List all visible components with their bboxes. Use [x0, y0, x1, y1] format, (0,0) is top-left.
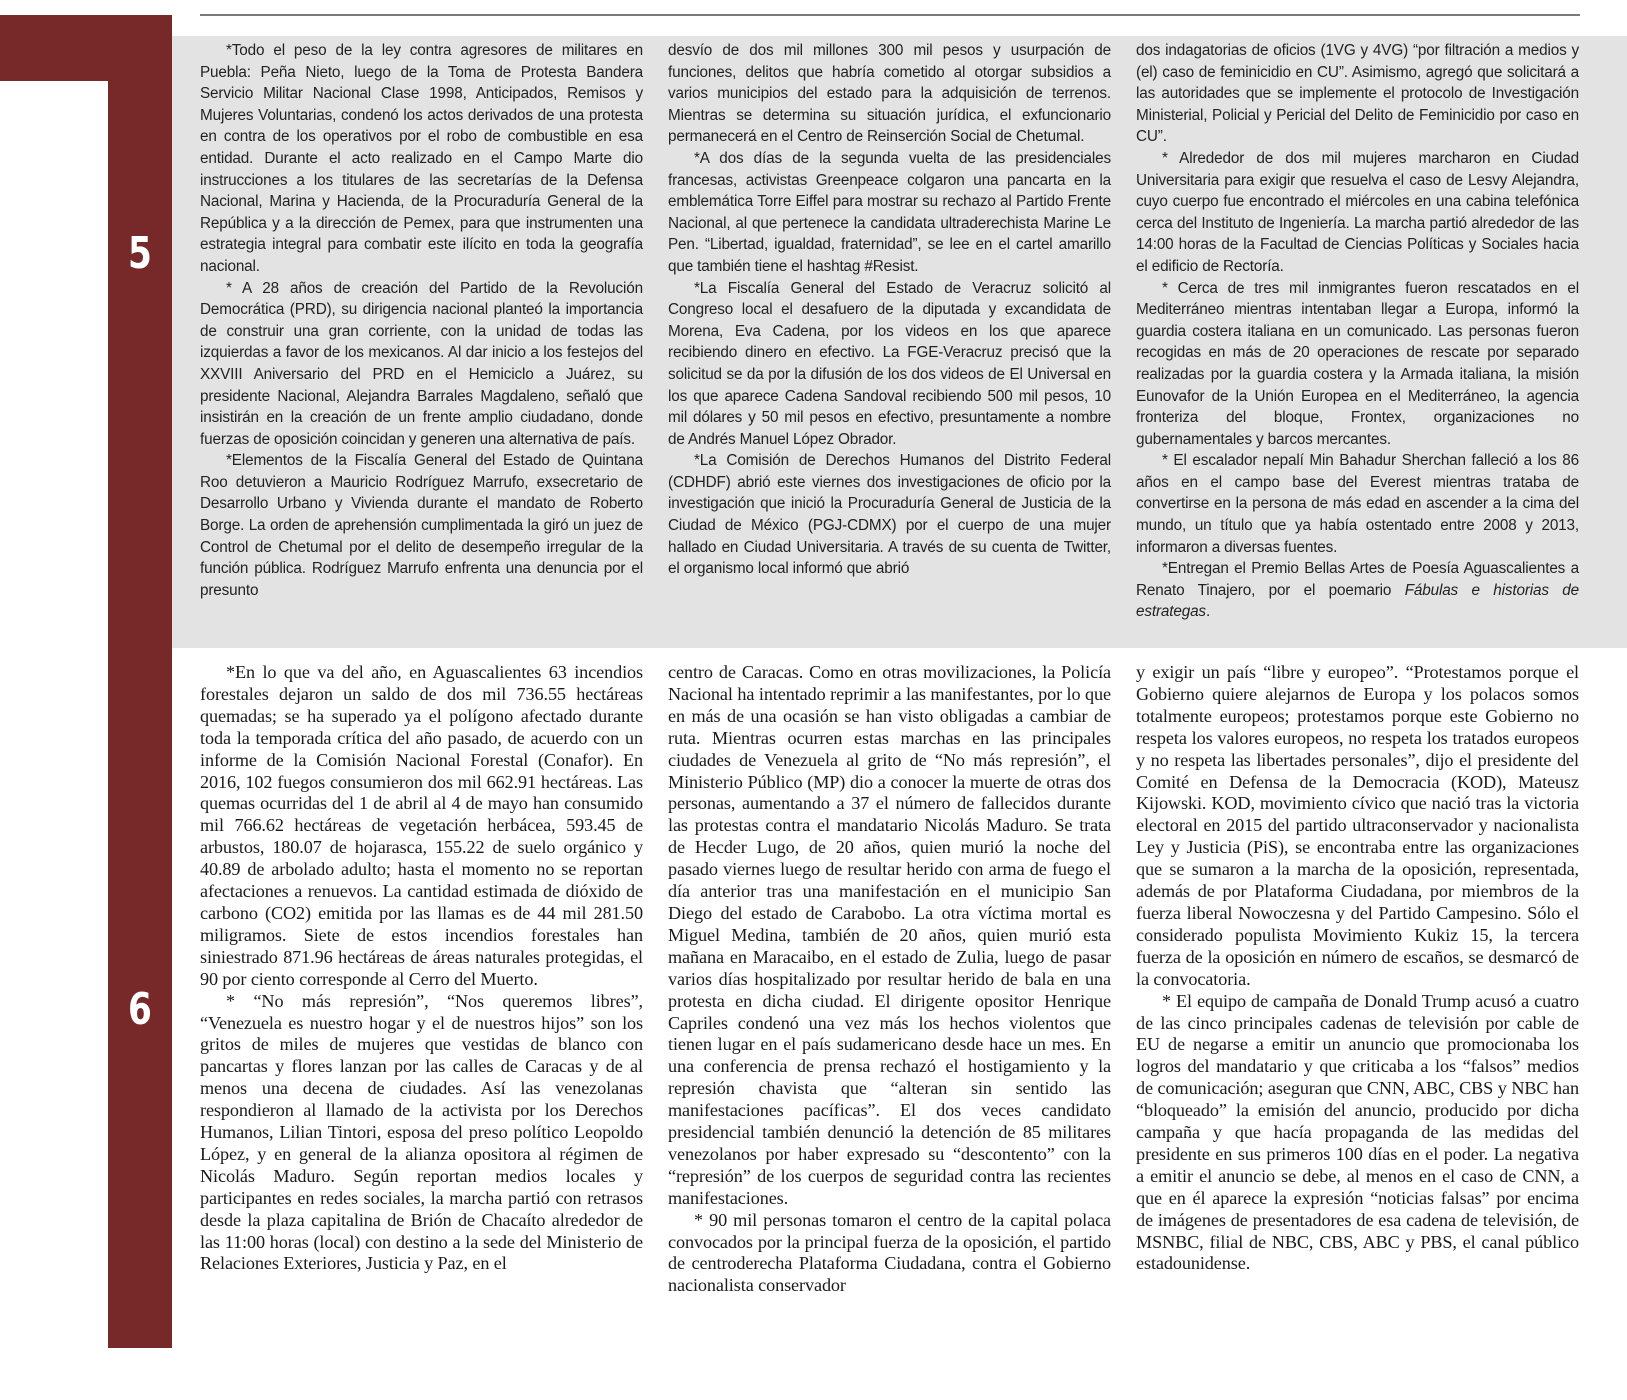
news-item: *A dos días de la segunda vuelta de las …	[668, 148, 1111, 278]
section-5-column-1: *Todo el peso de la ley contra agresores…	[200, 40, 643, 640]
section-5-columns: *Todo el peso de la ley contra agresores…	[200, 40, 1580, 640]
section-number-6: 6	[115, 988, 165, 1032]
news-item: * Alrededor de dos mil mujeres marcharon…	[1136, 148, 1579, 278]
news-item: *La Comisión de Derechos Humanos del Dis…	[668, 450, 1111, 580]
news-item-continuation: desvío de dos mil millones 300 mil pesos…	[668, 40, 1111, 148]
news-item: *Elementos de la Fiscalía General del Es…	[200, 450, 643, 601]
section-6-column-1: *En lo que va del año, en Aguascalientes…	[200, 662, 643, 1352]
news-item-continuation: dos indagatorias de oficios (1VG y 4VG) …	[1136, 40, 1579, 148]
news-item-continuation: centro de Caracas. Como en otras moviliz…	[668, 662, 1111, 1210]
news-item: * A 28 años de creación del Partido de l…	[200, 278, 643, 451]
news-item-continuation: y exigir un país “libre y europeo”. “Pro…	[1136, 662, 1579, 991]
news-item-poetry-award: *Entregan el Premio Bellas Artes de Poes…	[1136, 558, 1579, 623]
section-6-columns: *En lo que va del año, en Aguascalientes…	[200, 662, 1580, 1352]
section-number-5: 5	[115, 232, 165, 276]
section-5-column-3: dos indagatorias de oficios (1VG y 4VG) …	[1136, 40, 1579, 640]
top-rule	[200, 14, 1580, 16]
news-item: * “No más represión”, “Nos queremos libr…	[200, 991, 643, 1276]
news-item: *La Fiscalía General del Estado de Verac…	[668, 278, 1111, 451]
section-6-column-2: centro de Caracas. Como en otras moviliz…	[668, 662, 1111, 1352]
award-text-end: .	[1206, 603, 1210, 620]
news-item: * 90 mil personas tomaron el centro de l…	[668, 1210, 1111, 1298]
frame-side-bar	[108, 15, 172, 1348]
news-item: * El equipo de campaña de Donald Trump a…	[1136, 991, 1579, 1276]
news-item: * Cerca de tres mil inmigrantes fueron r…	[1136, 278, 1579, 451]
section-6-column-3: y exigir un país “libre y europeo”. “Pro…	[1136, 662, 1579, 1352]
news-item: * El escalador nepalí Min Bahadur Sherch…	[1136, 450, 1579, 558]
news-item: *En lo que va del año, en Aguascalientes…	[200, 662, 643, 991]
news-item: *Todo el peso de la ley contra agresores…	[200, 40, 643, 278]
section-5-column-2: desvío de dos mil millones 300 mil pesos…	[668, 40, 1111, 640]
